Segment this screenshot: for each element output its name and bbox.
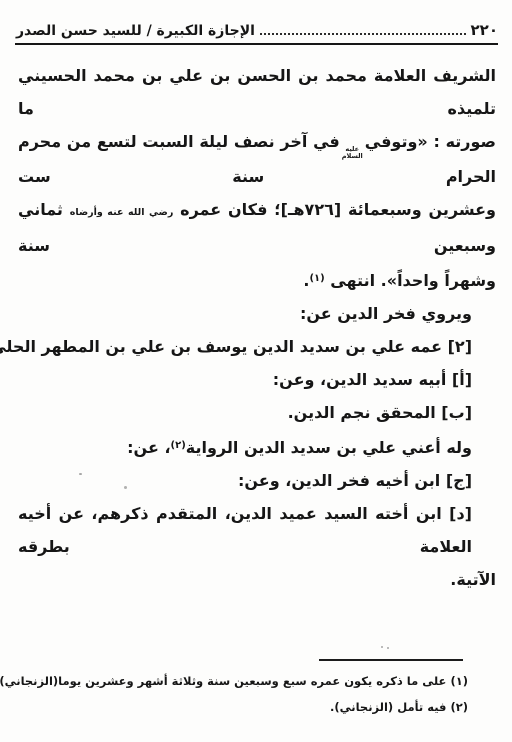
footnote-text: فيه تأمل (الزنجاني). (330, 700, 446, 714)
book-page: الإجازة الكبيرة / للسيد حسن الصدر ٢٢٠ ال… (0, 0, 512, 742)
footnote-ref-1: (١) (309, 273, 324, 284)
body-text: وله أعني علي بن سديد الدين الرواية (186, 438, 472, 457)
body-text: وعشرين وسبعمائة [٧٢٦هـ]؛ فكان عمره (173, 200, 496, 219)
footnote-marker: (١) (450, 674, 468, 688)
scan-speck (124, 486, 127, 489)
body-text: صورته : «وتوفي (365, 132, 496, 151)
body-line-5: ويروي فخر الدين عن: (18, 297, 496, 330)
body-text: الآتية. (450, 570, 496, 589)
body-line-7: [أ] أبيه سديد الدين، وعن: (18, 363, 496, 396)
book-title: الإجازة الكبيرة / للسيد حسن الصدر (16, 23, 255, 39)
body-line-3: وعشرين وسبعمائة [٧٢٦هـ]؛ فكان عمره رضي ا… (18, 193, 496, 262)
body-text: [أ] أبيه سديد الدين، وعن: (273, 370, 472, 389)
footnote-separator (319, 659, 463, 661)
page-header: الإجازة الكبيرة / للسيد حسن الصدر ٢٢٠ (0, 0, 512, 45)
body-text: وشهراً واحداً». انتهى (325, 271, 496, 290)
body-line-11: [د] ابن أخته السيد عميد الدين، المتقدم ذ… (18, 497, 496, 563)
running-head: الإجازة الكبيرة / للسيد حسن الصدر ٢٢٠ (0, 0, 512, 39)
body-line-4: وشهراً واحداً». انتهى (١). (18, 262, 496, 297)
page-number: ٢٢٠ (471, 21, 498, 39)
body-text: [ب] المحقق نجم الدين. (288, 403, 472, 422)
body-line-12: الآتية. (18, 563, 496, 596)
body-text: [٢] عمه علي بن سديد الدين يوسف بن علي بن… (0, 337, 472, 356)
page-body: الشريف العلامة محمد بن الحسن بن علي بن م… (0, 45, 512, 596)
body-line-9: وله أعني علي بن سديد الدين الرواية(٢)، ع… (18, 429, 496, 464)
radiya-allah-honorific: رضي الله عنه وأرضاه (70, 207, 174, 218)
body-text: الشريف العلامة محمد بن الحسن بن علي بن م… (18, 66, 496, 118)
body-text: ويروي فخر الدين عن: (300, 304, 472, 323)
body-line-2: صورته : «وتوفيعليهالسلامفي آخر نصف ليلة … (18, 125, 496, 193)
footnote-marker: (٢) (450, 700, 468, 714)
footnote-ref-2: (٢) (171, 440, 186, 451)
footnotes-section: (١) على ما ذكره يكون عمره سبع وسبعين سنة… (18, 659, 496, 720)
footnote-text: على ما ذكره يكون عمره سبع وسبعين سنة وثل… (0, 674, 446, 688)
body-line-8: [ب] المحقق نجم الدين. (18, 396, 496, 429)
body-line-10: [ج] ابن أخيه فخر الدين، وعن: (18, 464, 496, 497)
footnote-1: (١) على ما ذكره يكون عمره سبع وسبعين سنة… (18, 668, 496, 694)
scan-speck (381, 646, 383, 648)
scan-speck (79, 473, 82, 475)
scan-speck (387, 647, 389, 649)
body-line-1: الشريف العلامة محمد بن الحسن بن علي بن م… (18, 59, 496, 125)
dotted-leader (260, 33, 466, 35)
body-text: [د] ابن أخته السيد عميد الدين، المتقدم ذ… (18, 504, 472, 556)
body-text: [ج] ابن أخيه فخر الدين، وعن: (238, 471, 472, 490)
footnote-2: (٢) فيه تأمل (الزنجاني). (18, 694, 496, 720)
body-text: ، عن: (127, 438, 170, 457)
body-line-6: [٢] عمه علي بن سديد الدين يوسف بن علي بن… (18, 330, 496, 363)
alayhi-salam-honorific-icon: عليهالسلام (342, 146, 363, 160)
